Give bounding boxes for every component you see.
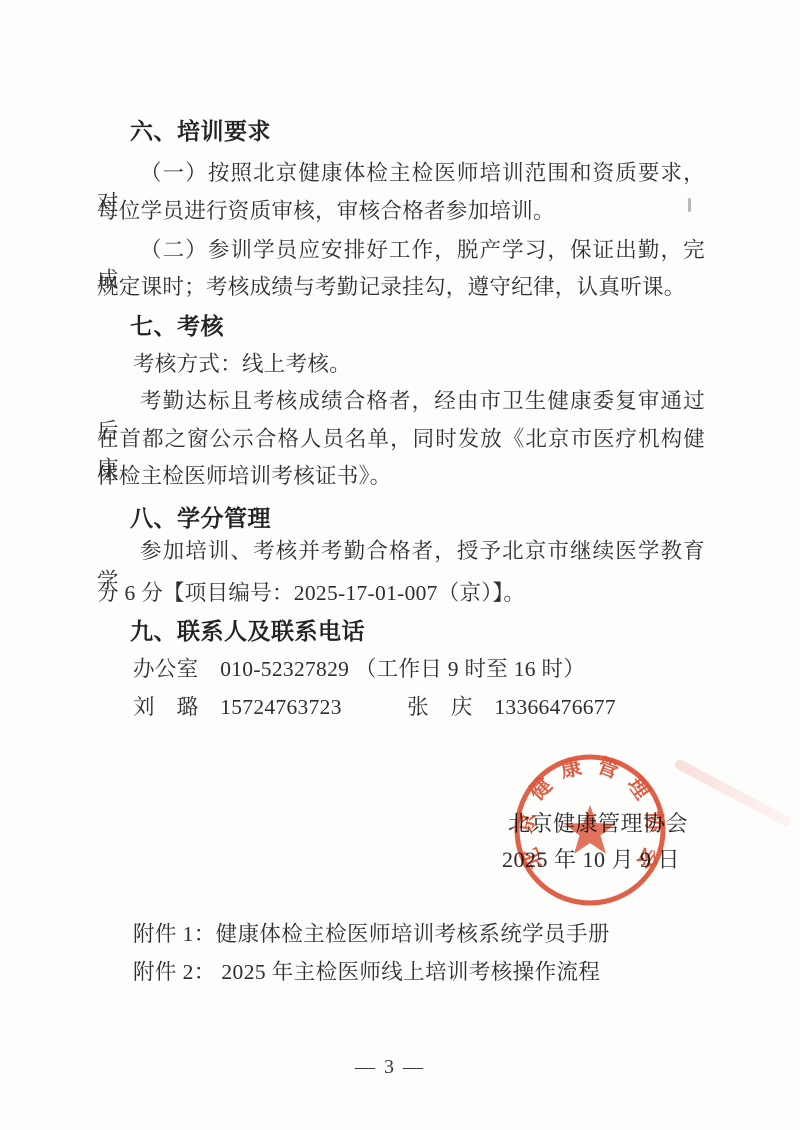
attachment-item-1: 附件 1：健康体检主检医师培训考核系统学员手册 bbox=[133, 919, 693, 949]
section8-heading: 八、学分管理 bbox=[97, 503, 705, 533]
section7-para-line3: 体检主检医师培训考核证书》。 bbox=[97, 461, 705, 491]
section9-heading: 九、联系人及联系电话 bbox=[97, 616, 705, 646]
attachment-item-2: 附件 2： 2025 年主检医师线上培训考核操作流程 bbox=[133, 957, 693, 987]
scan-artifact bbox=[688, 198, 691, 212]
section7-method-line: 考核方式：线上考核。 bbox=[97, 349, 705, 379]
page-number: — 3 — bbox=[0, 1056, 780, 1079]
section8-para-line2: 分 6 分【项目编号：2025-17-01-007（京）】。 bbox=[97, 578, 705, 608]
seal-star-icon bbox=[564, 805, 615, 854]
scanned-document-page: 六、培训要求 （一）按照北京健康体检主检医师培训范围和资质要求，对 每位学员进行… bbox=[0, 0, 800, 1130]
section9-contact-line2: 刘 璐 15724763723 张 庆 13366476677 bbox=[97, 692, 705, 722]
section9-contact-line1: 办公室 010-52327829 （工作日 9 时至 16 时） bbox=[97, 654, 705, 684]
section6-para1-line2: 每位学员进行资质审核，审核合格者参加培训。 bbox=[97, 196, 705, 226]
official-seal-stamp: 北京健康管理协会 bbox=[505, 745, 675, 915]
section7-heading: 七、考核 bbox=[97, 311, 705, 341]
stamp-smudge bbox=[673, 758, 792, 828]
section6-heading: 六、培训要求 bbox=[97, 116, 705, 146]
section6-para2-line2: 规定课时；考核成绩与考勤记录挂勾，遵守纪律，认真听课。 bbox=[97, 272, 705, 302]
